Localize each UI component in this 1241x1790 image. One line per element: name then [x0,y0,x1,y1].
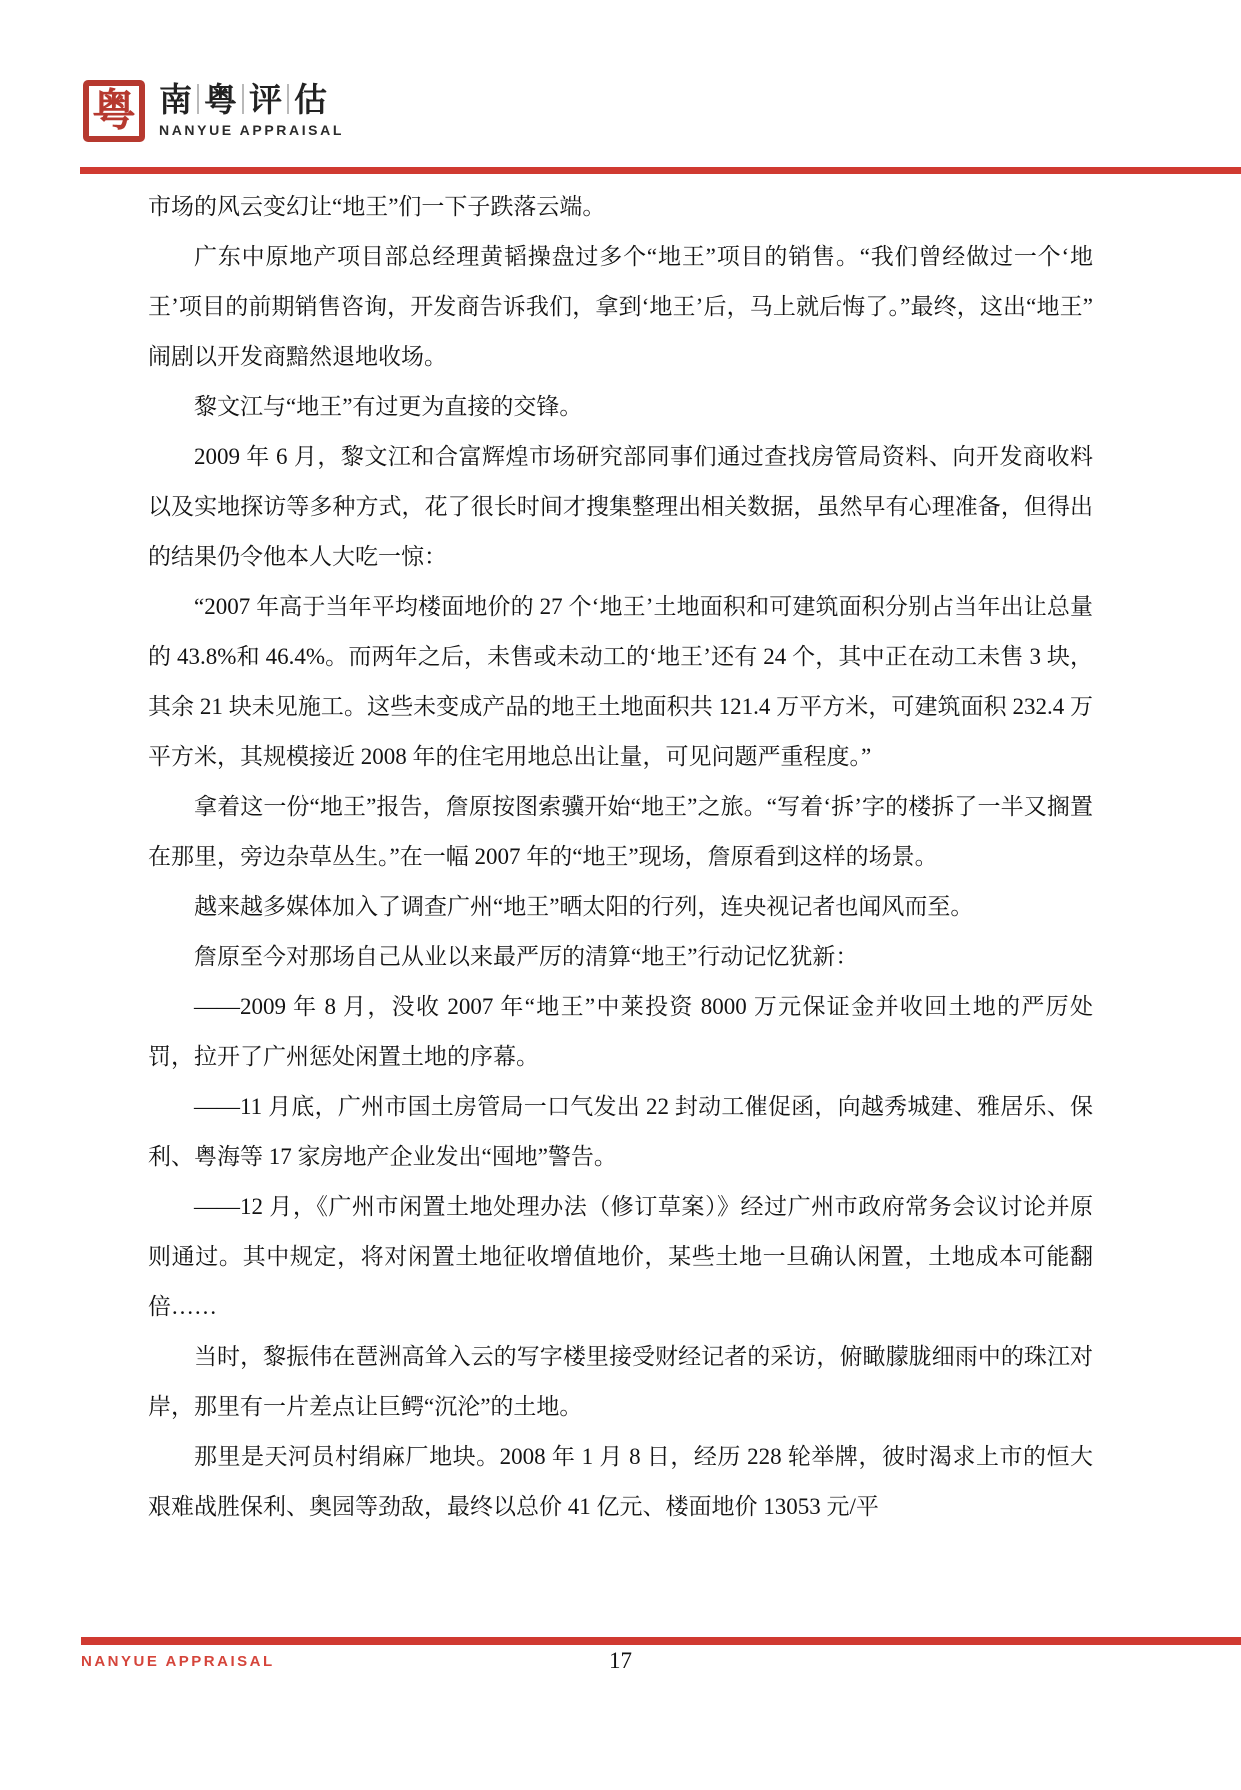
header-divider [80,167,1241,174]
body-paragraph: 广东中原地产项目部总经理黄韬操盘过多个“地王”项目的销售。“我们曾经做过一个‘地… [148,232,1093,382]
document-page: 粤 南粤评估 NANYUE APPRAISAL 市场的风云变幻让“地王”们一下子… [0,0,1241,1790]
body-paragraph: 那里是天河员村绢麻厂地块。2008 年 1 月 8 日，经历 228 轮举牌，彼… [148,1432,1093,1532]
body-paragraph: “2007 年高于当年平均楼面地价的 27 个‘地王’土地面积和可建筑面积分别占… [148,582,1093,782]
body-paragraph: 2009 年 6 月，黎文江和合富辉煌市场研究部同事们通过查找房管局资料、向开发… [148,432,1093,582]
body-paragraph: 詹原至今对那场自己从业以来最严厉的清算“地王”行动记忆犹新： [148,932,1093,982]
brand-name-english: NANYUE APPRAISAL [159,122,344,138]
brand-char: 粤 [204,83,237,116]
body-paragraph: ——11 月底，广州市国土房管局一口气发出 22 封动工催促函，向越秀城建、雅居… [148,1082,1093,1182]
page-header: 粤 南粤评估 NANYUE APPRAISAL [83,80,344,142]
body-paragraph: ——2009 年 8 月，没收 2007 年“地王”中莱投资 8000 万元保证… [148,982,1093,1082]
brand-block: 南粤评估 NANYUE APPRAISAL [159,80,344,138]
footer-divider [81,1637,1241,1645]
brand-divider [242,84,244,114]
body-paragraph: 拿着这一份“地王”报告，詹原按图索骥开始“地王”之旅。“写着‘拆’字的楼拆了一半… [148,782,1093,882]
brand-char: 估 [294,83,327,116]
brand-char: 南 [159,83,192,116]
brand-name-chinese: 南粤评估 [159,80,344,118]
body-paragraph: 越来越多媒体加入了调查广州“地王”晒太阳的行列，连央视记者也闻风而至。 [148,882,1093,932]
seal-character: 粤 [92,89,136,133]
body-paragraph: ——12 月，《广州市闲置土地处理办法（修订草案）》经过广州市政府常务会议讨论并… [148,1182,1093,1332]
brand-divider [197,84,199,114]
brand-char: 评 [249,83,282,116]
page-number: 17 [0,1648,1241,1674]
body-paragraph: 当时，黎振伟在琶洲高耸入云的写字楼里接受财经记者的采访，俯瞰朦胧细雨中的珠江对岸… [148,1332,1093,1432]
company-seal-icon: 粤 [83,80,145,142]
body-paragraph: 市场的风云变幻让“地王”们一下子跌落云端。 [148,182,1093,232]
brand-divider [287,84,289,114]
body-paragraph: 黎文江与“地王”有过更为直接的交锋。 [148,382,1093,432]
document-body: 市场的风云变幻让“地王”们一下子跌落云端。广东中原地产项目部总经理黄韬操盘过多个… [148,182,1093,1532]
